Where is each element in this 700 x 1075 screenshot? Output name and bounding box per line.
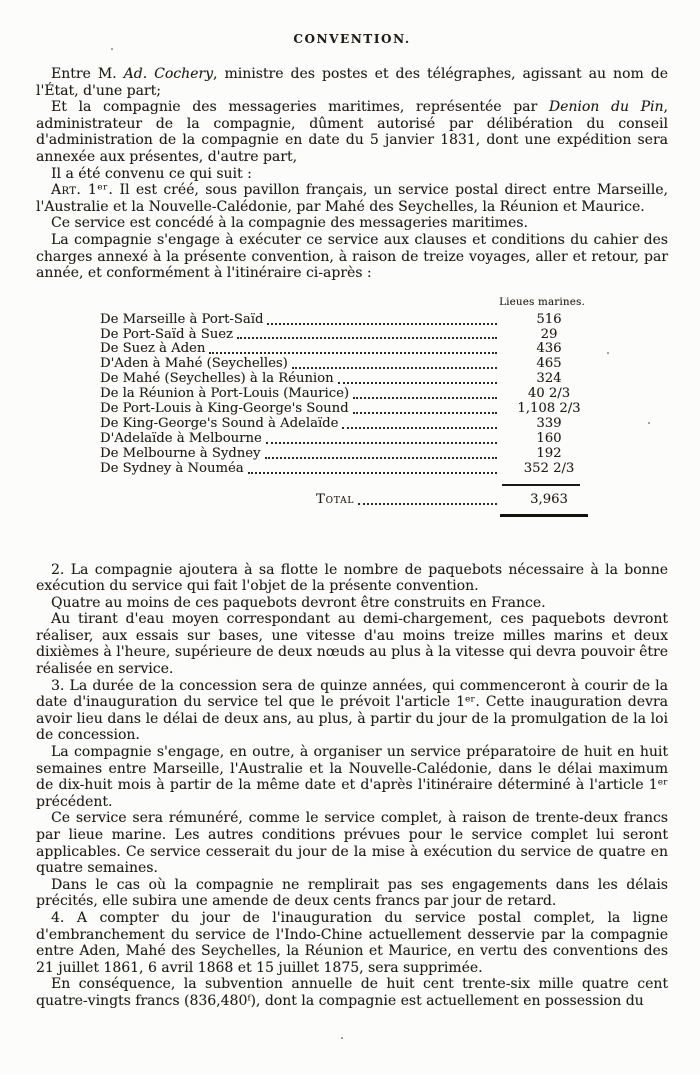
distance-value: 192 — [501, 447, 597, 462]
cahier-des-charges-paragraph: La compagnie s'engage à exécuter ce serv… — [36, 232, 668, 282]
dot-leader — [342, 427, 497, 429]
distance-value: 160 — [501, 432, 597, 447]
dot-leader — [265, 457, 498, 459]
article-3-paragraph: 3. La durée de la concession sera de qui… — [36, 678, 668, 744]
distance-value: 339 — [501, 417, 597, 432]
distance-value: 40 2/3 — [501, 387, 597, 402]
distance-value: 516 — [501, 313, 597, 328]
penalty-paragraph: Dans le cas où la compagnie ne remplirai… — [36, 877, 668, 910]
table-row: De King-George's Sound à Adelaïde339 — [100, 417, 597, 432]
route-label: De King-George's Sound à Adelaïde — [100, 417, 338, 432]
article-2-paragraph: 2. La compagnie ajoutera à sa flotte le … — [36, 562, 668, 595]
dot-leader — [292, 367, 497, 369]
distance-value: 352 2/3 — [501, 462, 597, 477]
articles-section: 2. La compagnie ajoutera à sa flotte le … — [36, 562, 668, 1010]
dot-leader — [353, 412, 497, 414]
subvention-paragraph: En conséquence, la subvention annuelle d… — [36, 976, 668, 1009]
dot-leader — [266, 442, 497, 444]
text-run: Il est créé, sous pavillon français, un … — [36, 182, 668, 215]
person-name-denion-du-pin: Denion du Pin — [549, 99, 664, 115]
total-rule-bottom — [500, 514, 588, 517]
table-row: De Mahé (Seychelles) à la Réunion324 — [100, 372, 597, 387]
route-label: D'Adelaïde à Melbourne — [100, 432, 262, 447]
table-row: De Sydney à Nouméa352 2/3 — [100, 462, 597, 477]
agreement-lead-in: Il a été convenu ce qui suit : — [36, 166, 668, 183]
distance-value: 465 — [501, 357, 597, 372]
route-label: D'Aden à Mahé (Seychelles) — [100, 357, 288, 372]
distance-value: 1,108 2/3 — [501, 402, 597, 417]
distance-value: 436 — [501, 342, 597, 357]
scanned-document-page: CONVENTION. Entre M. Ad. Cochery, minist… — [0, 0, 700, 1075]
article-1-paragraph: Art. 1ᵉʳ. Il est créé, sous pavillon fra… — [36, 182, 668, 215]
scan-speck — [341, 1037, 343, 1039]
table-row: De Port-Louis à King-George's Sound1,108… — [100, 402, 597, 417]
distance-value: 29 — [501, 328, 597, 343]
table-row: D'Adelaïde à Melbourne160 — [100, 432, 597, 447]
dot-leader — [248, 472, 497, 474]
table-total-row: Total3,963 — [316, 493, 597, 508]
text-run: Entre M. — [51, 66, 124, 82]
article-1-label: Art. 1ᵉʳ. — [51, 182, 113, 198]
total-label: Total — [316, 493, 354, 508]
table-column-header: Lieues marines. — [100, 295, 597, 310]
preparatory-service-paragraph: La compagnie s'engage, en outre, à organ… — [36, 744, 668, 810]
person-name-cochery: Ad. Cochery — [124, 66, 213, 82]
dot-leader — [338, 382, 497, 384]
dot-leader — [237, 337, 497, 339]
dot-leader — [209, 352, 497, 354]
speed-requirements-paragraph: Au tirant d'eau moyen correspondant au d… — [36, 611, 668, 677]
document-title: CONVENTION. — [36, 32, 668, 46]
route-label: De Sydney à Nouméa — [100, 462, 244, 477]
concession-paragraph: Ce service est concédé à la compagnie de… — [36, 215, 668, 232]
route-label: De Melbourne à Sydney — [100, 447, 261, 462]
dot-leader — [358, 503, 497, 505]
dot-leader — [267, 323, 497, 325]
route-label: De Marseille à Port-Saïd — [100, 313, 263, 328]
page-content: CONVENTION. Entre M. Ad. Cochery, minist… — [36, 26, 668, 1010]
construction-france-paragraph: Quatre au moins de ces paquebots devront… — [36, 595, 668, 612]
distance-value: 324 — [501, 372, 597, 387]
table-row: De Marseille à Port-Saïd516 — [100, 313, 597, 328]
total-value: 3,963 — [501, 493, 597, 508]
route-label: De Mahé (Seychelles) à la Réunion — [100, 372, 334, 387]
text-run: Et la compagnie des messageries maritime… — [51, 99, 549, 115]
route-label: De Port-Louis à King-George's Sound — [100, 402, 349, 417]
intro-paragraph-parties-1: Entre M. Ad. Cochery, ministre des poste… — [36, 66, 668, 99]
remuneration-paragraph: Ce service sera rémunéré, comme le servi… — [36, 810, 668, 876]
route-label: De la Réunion à Port-Louis (Maurice) — [100, 387, 349, 402]
total-rule-top — [502, 484, 580, 486]
dot-leader — [353, 397, 497, 399]
table-row: D'Aden à Mahé (Seychelles)465 — [100, 357, 597, 372]
intro-paragraph-parties-2: Et la compagnie des messageries maritime… — [36, 99, 668, 165]
itinerary-table: Lieues marines. De Marseille à Port-Saïd… — [100, 295, 597, 517]
article-4-paragraph: 4. A compter du jour de l'inauguration d… — [36, 910, 668, 976]
table-row: De la Réunion à Port-Louis (Maurice)40 2… — [100, 387, 597, 402]
table-row: De Melbourne à Sydney192 — [100, 447, 597, 462]
